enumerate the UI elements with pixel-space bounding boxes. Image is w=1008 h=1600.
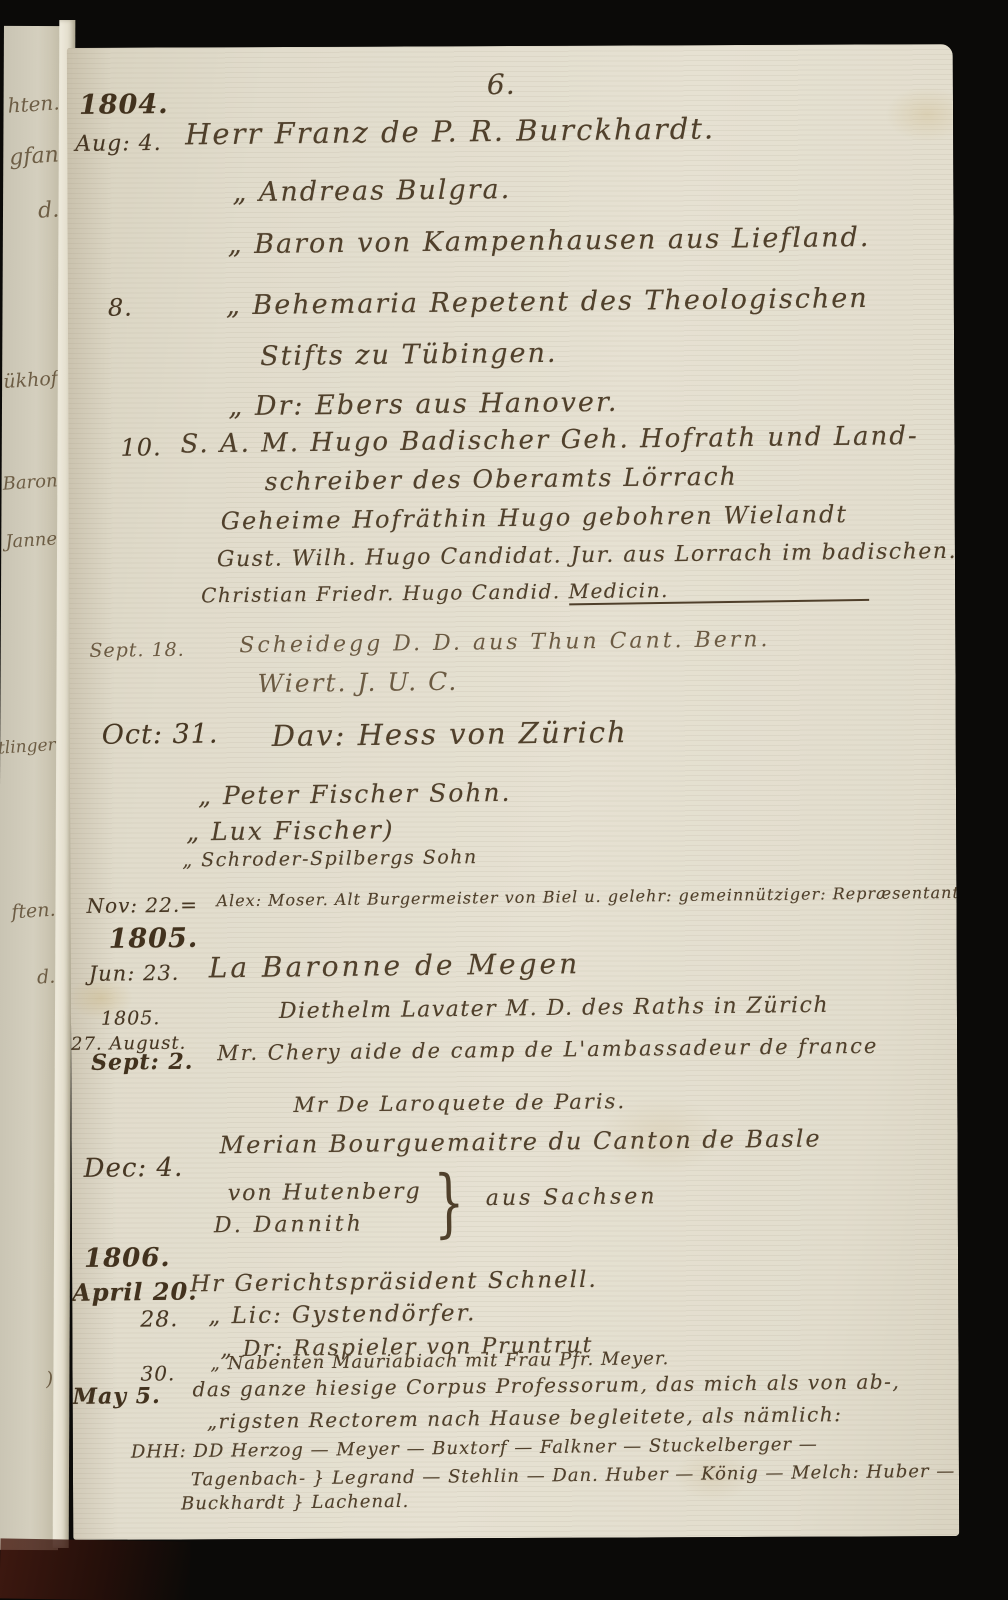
entry-date: Sept. 18. <box>89 639 185 662</box>
entry-line: „rigsten Rectorem nach Hause begleitete,… <box>207 1402 843 1433</box>
entry-date: April 20. <box>72 1277 198 1307</box>
entry-date: 1805. <box>101 1007 161 1030</box>
entry-line: „ Baron von Kampenhausen aus Liefland. <box>227 222 870 260</box>
entry-line: DHH: DD Herzog — Meyer — Buxtorf — Falkn… <box>131 1434 818 1463</box>
marginalia-fragment: Janne <box>5 528 58 552</box>
entry-line: „ Dr: Ebers aus Hanover. <box>228 387 618 422</box>
entry-line: Stifts zu Tübingen. <box>260 338 558 372</box>
marginalia-fragment: d. <box>36 966 56 989</box>
marginalia-fragment: ) <box>45 1368 54 1390</box>
entry-line: schreiber des Oberamts Lörrach <box>264 462 737 496</box>
entry-line: „ Lic: Gystendörfer. <box>208 1300 476 1329</box>
marginalia-fragment: Reutlinger <box>0 735 57 761</box>
entry-date: Aug: 4. <box>75 131 162 157</box>
entry-line: „ Schroder-Spilbergs Sohn <box>182 846 478 871</box>
entry-line: D. Dannith <box>214 1212 364 1239</box>
entry-line: Geheime Hofräthin Hugo gebohren Wielandt <box>221 500 848 535</box>
photo-background: hten. gfan d. Glükhof Baron Janne Reutli… <box>0 0 1008 1600</box>
entry-date: 10. <box>120 433 161 461</box>
entry-line: „ Andreas Bulgra. <box>232 174 511 208</box>
entry-date: Jun: 23. <box>89 961 180 986</box>
entry-line: von Hutenberg <box>228 1179 422 1206</box>
entry-year: 1806. <box>84 1243 171 1274</box>
entry-line: Wiert. J. U. C. <box>257 667 458 698</box>
book-binding <box>0 1538 191 1600</box>
entry-date: Oct: 31. <box>102 718 219 750</box>
marginalia-fragment: ften. <box>10 899 56 924</box>
entry-date: Nov: 22.= <box>86 893 198 918</box>
entry-line: Alex: Moser. Alt Burgermeister von Biel … <box>216 883 959 911</box>
entry-line: aus Sachsen <box>486 1184 658 1211</box>
entry-year: 1805. <box>108 923 198 955</box>
entry-line: Herr Franz de P. R. Burckhardt. <box>185 111 715 151</box>
entry-line: Diethelm Lavater M. D. des Raths in Züri… <box>279 993 829 1024</box>
entry-line: Tagenbach- } Legrand — Stehlin — Dan. Hu… <box>191 1461 956 1491</box>
entry-line: das ganze hiesige Corpus Professorum, da… <box>192 1369 900 1401</box>
marginalia-fragment: d. <box>37 197 60 223</box>
entry-line: Mr De Laroquete de Paris. <box>293 1089 626 1117</box>
entry-date: May 5. <box>72 1383 160 1410</box>
entry-line: „ Behemaria Repetent des Theologischen <box>226 283 869 321</box>
entry-line: Dav: Hess von Zürich <box>272 715 628 753</box>
entry-line: Buckhardt } Lachenal. <box>181 1491 409 1515</box>
marginalia-fragment: gfan <box>9 142 60 170</box>
entry-line: Mr. Chery aide de camp de L'ambassadeur … <box>217 1034 878 1066</box>
entry-line: Scheidegg D. D. aus Thun Cant. Bern. <box>239 627 770 658</box>
entry-line: „ Lux Fischer) <box>186 815 395 846</box>
entry-line: „ Nabenten Mauriabiach mit Frau Pfr. Mey… <box>210 1348 669 1374</box>
marginalia-fragment: Baron <box>2 470 58 495</box>
entry-line: „ Peter Fischer Sohn. <box>198 778 512 811</box>
entry-line: Gust. Wilh. Hugo Candidat. Jur. aus Lorr… <box>217 539 957 572</box>
entry-year: 1804. <box>79 89 169 121</box>
page-number: 6. <box>487 68 516 101</box>
entry-line: Hr Gerichtspräsident Schnell. <box>190 1267 598 1298</box>
entry-date: Dec: 4. <box>83 1153 183 1184</box>
manuscript-page: 6. 1804. Aug: 4. Herr Franz de P. R. Bur… <box>67 44 960 1540</box>
entry-date: 8. <box>108 293 133 321</box>
ink-brace: } <box>433 1159 465 1246</box>
entry-line: La Baronne de Megen <box>209 947 581 984</box>
entry-line: S. A. M. Hugo Badischer Geh. Hofrath und… <box>180 421 919 459</box>
entry-date: Sept: 2. <box>91 1049 193 1076</box>
entry-line: Merian Bourguemaitre du Canton de Basle <box>219 1124 821 1159</box>
marginalia-fragment: hten. <box>7 90 60 117</box>
entry-date: 28. <box>140 1307 178 1332</box>
marginalia-fragment: Glükhof <box>0 368 59 395</box>
